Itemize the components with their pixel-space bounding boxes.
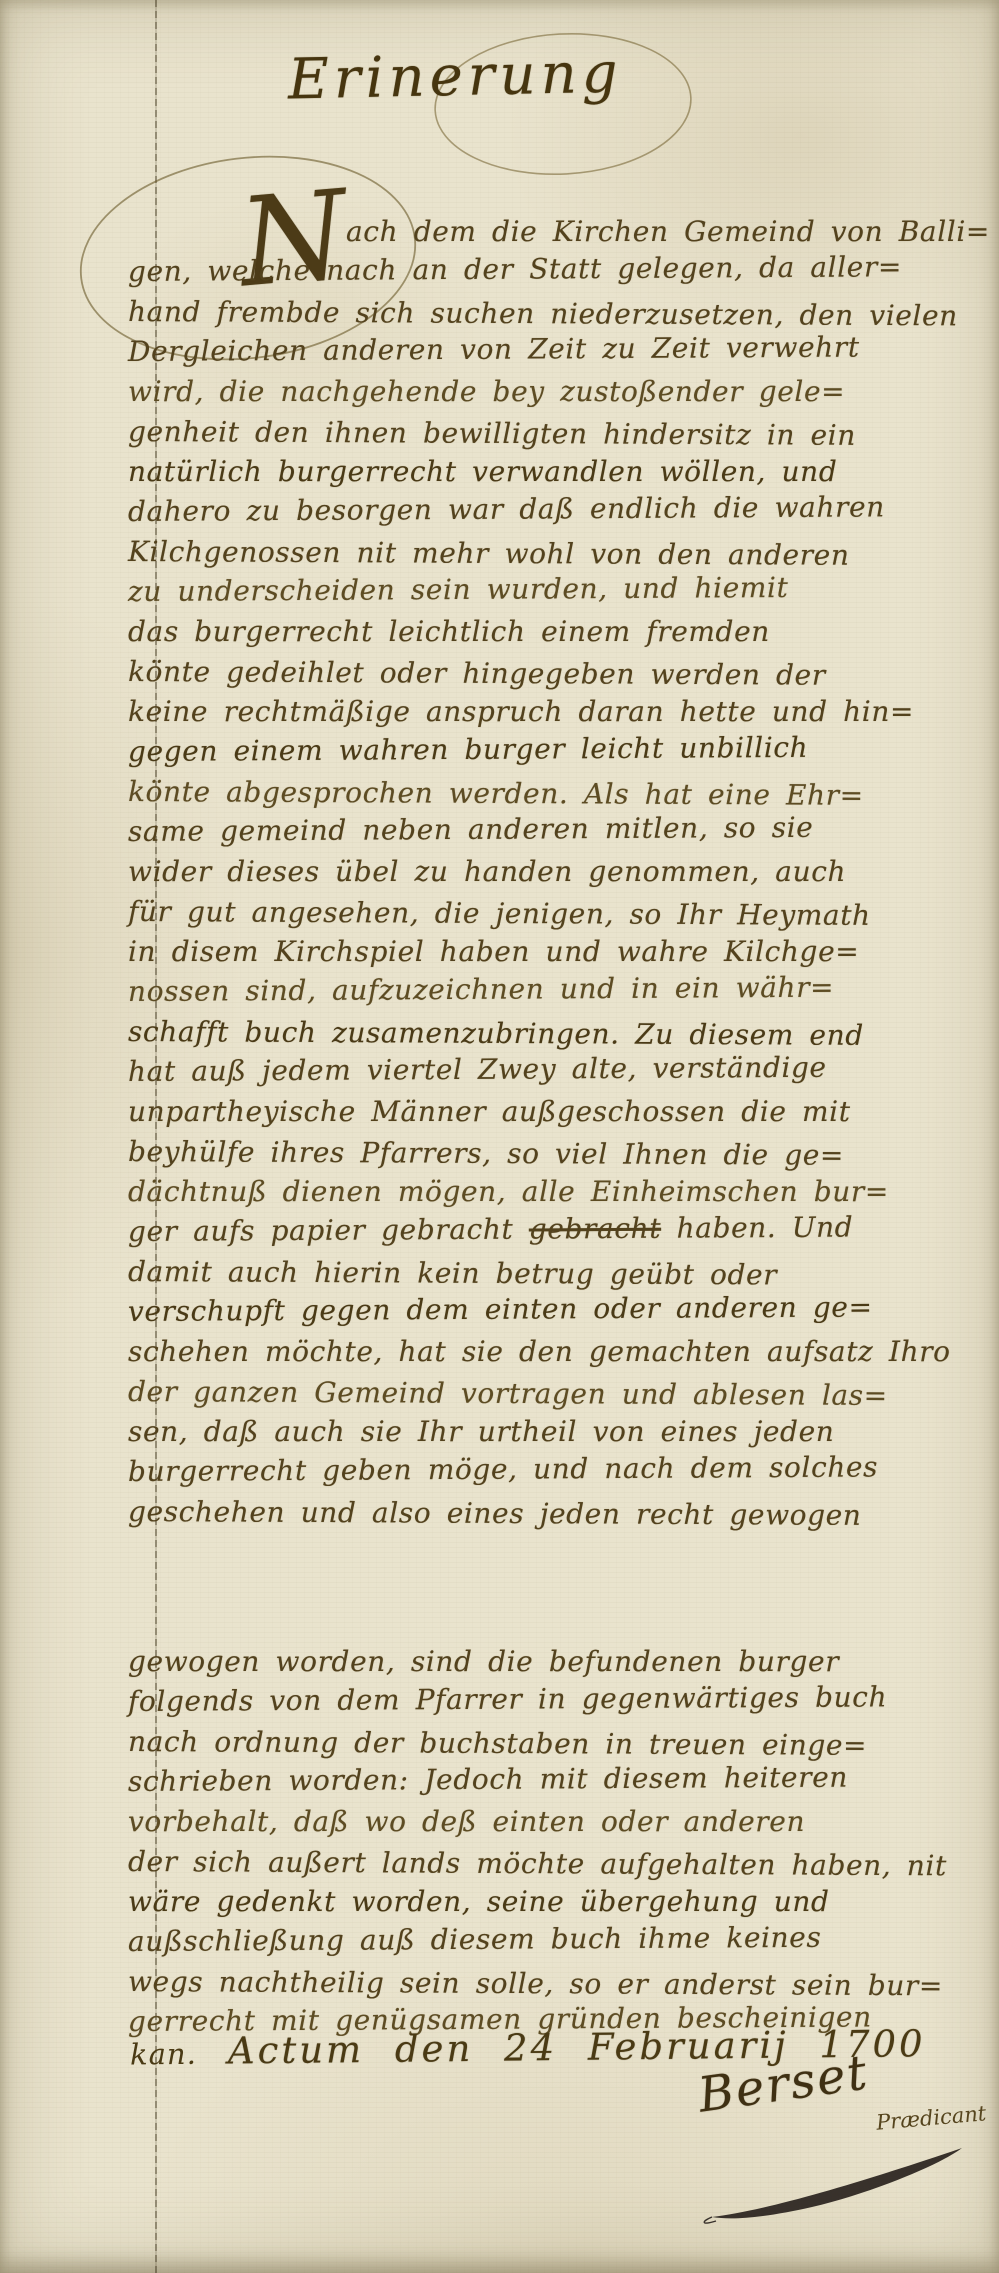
manuscript-line: genheit den ihnen bewilligten hindersitz… xyxy=(128,412,994,457)
manuscript-line: schehen möchte, hat sie den gemachten au… xyxy=(128,1332,994,1372)
date-line-prefix: kan. xyxy=(130,2037,197,2072)
manuscript-line: burgerrecht geben möge, und nach dem sol… xyxy=(128,1447,994,1492)
manuscript-line: keine rechtmäßige anspruch daran hette u… xyxy=(128,692,994,732)
manuscript-line: schrieben worden: Jedoch mit diesem heit… xyxy=(128,1757,994,1802)
signature-role: Prædicant xyxy=(875,2101,987,2135)
manuscript-line: der sich außert lands möchte aufgehalten… xyxy=(128,1842,994,1887)
manuscript-line: ger aufs papier gebracht gebracht haben.… xyxy=(128,1207,994,1252)
manuscript-line: verschupft gegen dem einten oder anderen… xyxy=(128,1287,994,1332)
manuscript-line: sen, daß auch sie Ihr urtheil von eines … xyxy=(128,1412,994,1452)
manuscript-line: ach dem die Kirchen Gemeind von Balli= xyxy=(128,212,994,252)
manuscript-paragraph-1: ach dem die Kirchen Gemeind von Balli=ge… xyxy=(128,212,994,1532)
manuscript-line: unpartheyische Männer außgeschossen die … xyxy=(128,1092,994,1132)
page-title: Erinerung xyxy=(287,41,623,113)
manuscript-line: geschehen und also eines jeden recht gew… xyxy=(128,1492,994,1537)
manuscript-line: für gut angesehen, die jenigen, so Ihr H… xyxy=(128,892,994,937)
manuscript-line: wird, die nachgehende bey zustoßender ge… xyxy=(128,372,994,412)
manuscript-line: nossen sind, aufzuzeichnen und in ein wä… xyxy=(128,967,994,1012)
manuscript-line: beyhülfe ihres Pfarrers, so viel Ihnen d… xyxy=(128,1132,994,1177)
manuscript-line: gegen einem wahren burger leicht unbilli… xyxy=(128,727,994,772)
manuscript-line: dächtnuß dienen mögen, alle Einheimschen… xyxy=(128,1172,994,1212)
manuscript-line: wider dieses übel zu handen genommen, au… xyxy=(128,852,994,892)
manuscript-line: könte gedeihlet oder hingegeben werden d… xyxy=(128,652,994,697)
ink-stroke-blot xyxy=(712,2148,962,2218)
manuscript-page: Erinerung N ach dem die Kirchen Gemeind … xyxy=(0,0,999,2273)
manuscript-line: in disem Kirchspiel haben und wahre Kilc… xyxy=(128,932,994,972)
manuscript-line: der ganzen Gemeind vortragen und ablesen… xyxy=(128,1372,994,1417)
manuscript-line: folgends von dem Pfarrer in gegenwärtige… xyxy=(128,1677,994,1722)
manuscript-line: Dergleichen anderen von Zeit zu Zeit ver… xyxy=(128,327,994,372)
manuscript-line: vorbehalt, daß wo deß einten oder andere… xyxy=(128,1802,994,1842)
manuscript-line: das burgerrecht leichtlich einem fremden xyxy=(128,612,994,652)
manuscript-line: gen, welche nach an der Statt gelegen, d… xyxy=(128,247,994,292)
manuscript-line: außschließung auß diesem buch ihme keine… xyxy=(128,1917,994,1962)
manuscript-paragraph-2: gewogen worden, sind die befundenen burg… xyxy=(128,1642,994,2042)
manuscript-line: hat auß jedem viertel Zwey alte, verstän… xyxy=(128,1047,994,1092)
manuscript-line: wäre gedenkt worden, seine übergehung un… xyxy=(128,1882,994,1922)
manuscript-line: same gemeind neben anderen mitlen, so si… xyxy=(128,807,994,852)
manuscript-line: zu underscheiden sein wurden, und hiemit xyxy=(128,567,994,612)
ink-stroke-tail xyxy=(704,2217,716,2223)
manuscript-line: dahero zu besorgen war daß endlich die w… xyxy=(128,487,994,532)
manuscript-line: natürlich burgerrecht verwandlen wöllen,… xyxy=(128,452,994,492)
manuscript-line: gewogen worden, sind die befundenen burg… xyxy=(128,1642,994,1682)
